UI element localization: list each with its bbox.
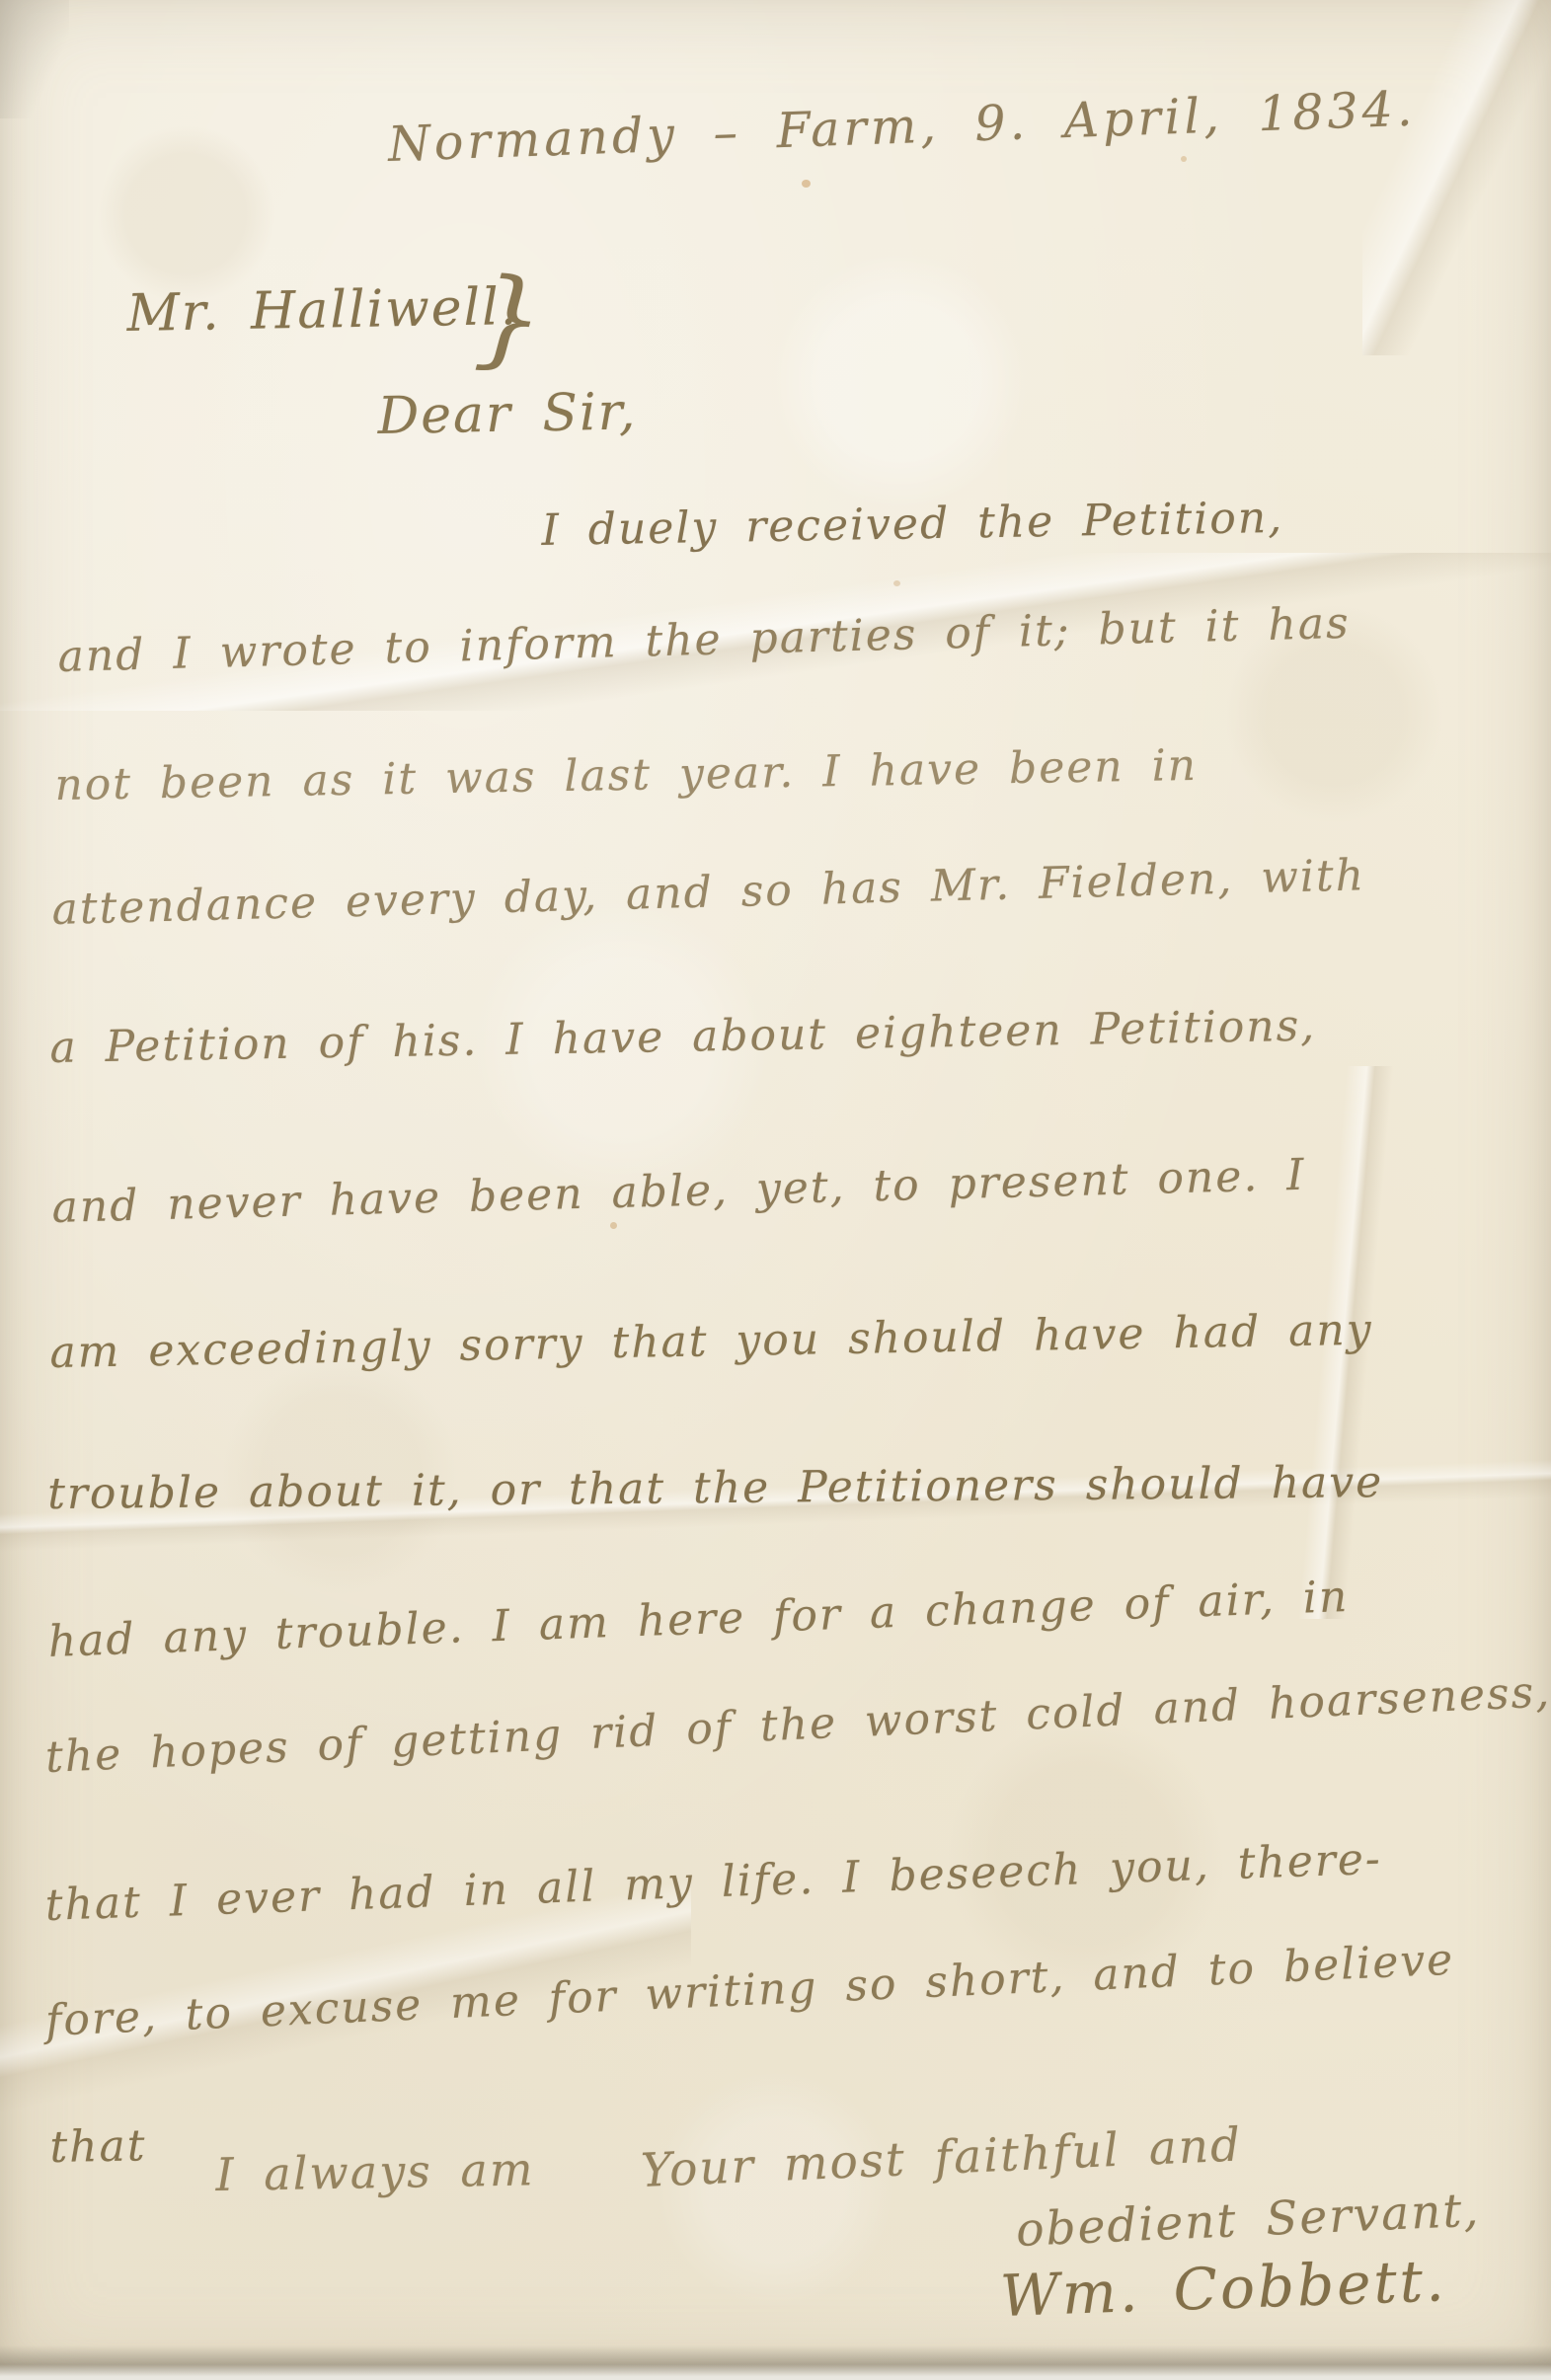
letter-closing-phrase: I always am <box>215 2142 535 2201</box>
foxing-spot <box>610 1222 617 1229</box>
letter-line: that <box>49 2120 147 2173</box>
foxing-spot <box>1181 156 1187 162</box>
foxing-spot <box>893 580 900 586</box>
scan-corner-shade <box>0 0 69 118</box>
letter-addressee: Mr. Halliwell. <box>126 277 519 344</box>
paper-sheet: Normandy – Farm, 9. April, 1834. Mr. Hal… <box>0 0 1551 2380</box>
flourish-brace: } <box>471 255 549 383</box>
foxing-spot <box>802 180 811 188</box>
letter-scan: { "colors": { "paper": "#f2ecdc", "ink":… <box>0 0 1551 2380</box>
letter-salutation: Dear Sir, <box>377 382 638 446</box>
scan-bottom-shadow <box>0 2345 1551 2380</box>
